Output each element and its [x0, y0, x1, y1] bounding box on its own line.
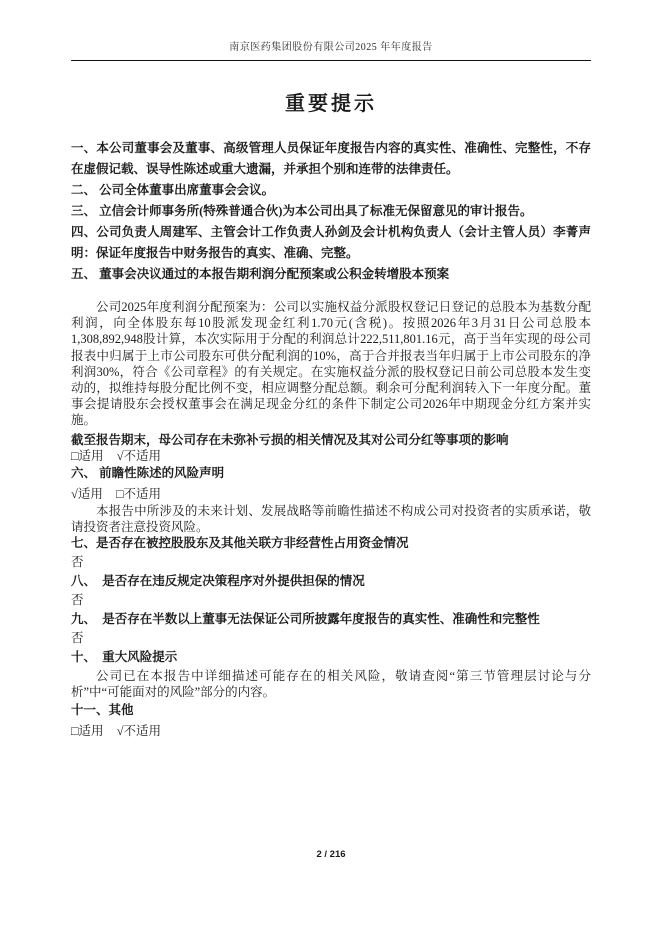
item-8-answer-no: 否: [71, 592, 591, 608]
item-1-board-guarantee: 一、本公司董事会及董事、高级管理人员保证年度报告内容的真实性、准确性、完整性，不…: [71, 138, 591, 180]
item-3-audit-report: 三、 立信会计师事务所(特殊普通合伙)为本公司出具了标准无保留意见的审计报告。: [71, 201, 591, 222]
uncovered-loss-checkline: □适用 √不适用: [71, 448, 591, 464]
running-header-title: 南京医药集团股份有限公司2025 年年度报告: [71, 41, 591, 55]
numbered-items: 一、本公司董事会及董事、高级管理人员保证年度报告内容的真实性、准确性、完整性，不…: [71, 138, 591, 285]
item-6-checkline: √适用 □不适用: [71, 486, 591, 502]
uncovered-loss-heading: 截至报告期末，母公司存在未弥补亏损的相关情况及其对公司分红等事项的影响: [71, 432, 591, 448]
item-10-major-risk-heading: 十、 重大风险提示: [71, 649, 591, 665]
page-header: 南京医药集团股份有限公司2025 年年度报告: [71, 41, 591, 61]
checkbox-not-applicable: √不适用: [117, 449, 161, 463]
checkbox-not-applicable: □不适用: [116, 487, 161, 501]
checkbox-applicable: □适用: [71, 724, 104, 738]
section-title: 重要提示: [71, 92, 591, 116]
item-8-external-guarantee-heading: 八、 是否存在违反规定决策程序对外提供担保的情况: [71, 573, 591, 589]
page-number: 2 / 216: [0, 849, 662, 860]
item-11-other-heading: 十一、其他: [71, 702, 591, 718]
item-5-profit-distribution-paragraph: 公司2025年度利润分配预案为：公司以实施权益分派股权登记日登记的总股本为基数分…: [71, 299, 591, 429]
item-9-answer-no: 否: [71, 630, 591, 646]
checkbox-applicable: √适用: [71, 487, 103, 501]
checkbox-not-applicable: √不适用: [117, 724, 161, 738]
item-5-profit-distribution-heading: 五、 董事会决议通过的本报告期利润分配预案或公积金转增股本预案: [71, 264, 591, 285]
item-6-forward-looking-paragraph: 本报告中所涉及的未来计划、发展战略等前瞻性描述不构成公司对投资者的实质承诺，敬请…: [71, 503, 591, 535]
header-divider: [71, 60, 591, 61]
item-2-directors-attendance: 二、 公司全体董事出席董事会会议。: [71, 180, 591, 201]
item-9-majority-directors-heading: 九、 是否存在半数以上董事无法保证公司所披露年度报告的真实性、准确性和完整性: [71, 611, 591, 627]
checkbox-applicable: □适用: [71, 449, 104, 463]
item-10-major-risk-paragraph: 公司已在本报告中详细描述可能存在的相关风险，敬请查阅“第三节管理层讨论与分析”中…: [71, 668, 591, 700]
item-7-answer-no: 否: [71, 554, 591, 570]
item-11-checkline: □适用 √不适用: [71, 723, 591, 739]
item-7-fund-occupation-heading: 七、是否存在被控股股东及其他关联方非经营性占用资金情况: [71, 535, 591, 551]
report-page: 南京医药集团股份有限公司2025 年年度报告 重要提示 一、本公司董事会及董事、…: [0, 0, 662, 936]
item-6-forward-looking-heading: 六、 前瞻性陈述的风险声明: [71, 465, 591, 481]
item-4-financial-statement-declaration: 四、公司负责人周建军、主管会计工作负责人孙剑及会计机构负责人（会计主管人员）李菁…: [71, 222, 591, 264]
